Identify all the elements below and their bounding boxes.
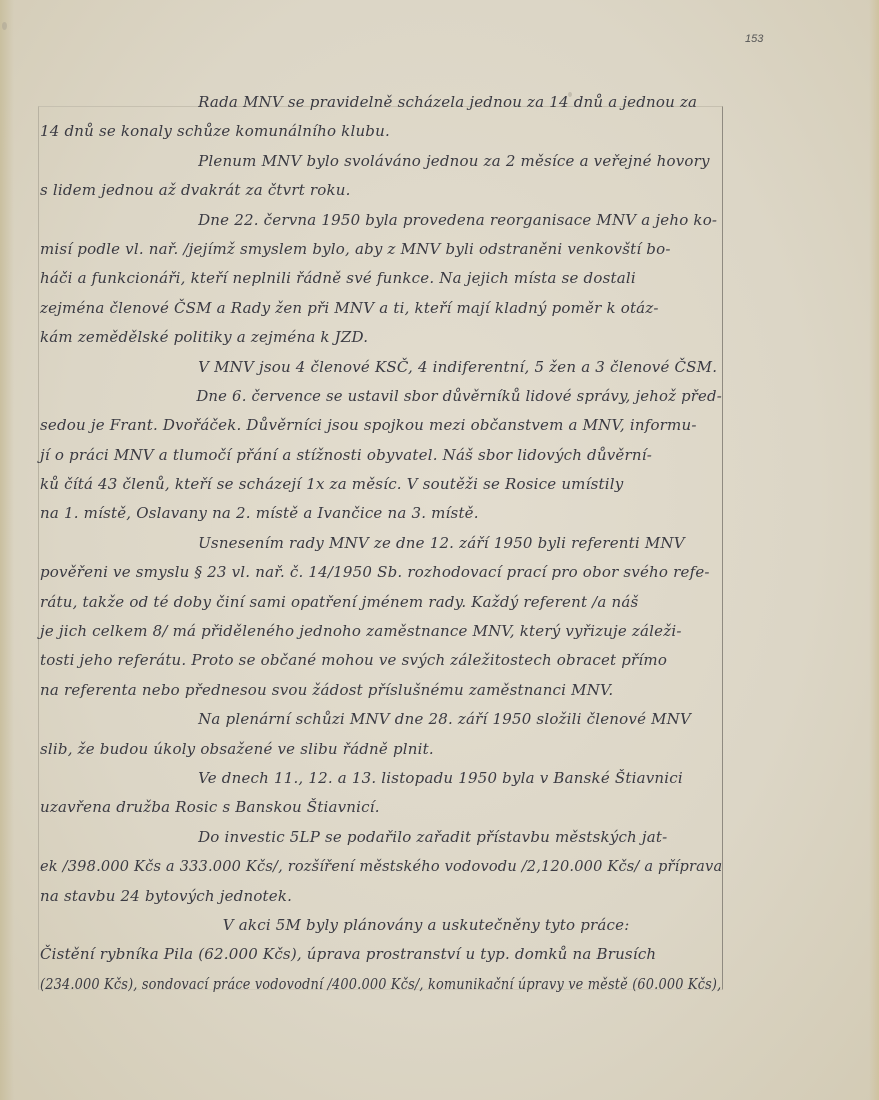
text-line: na 1. místě, Oslavany na 2. místě a Ivan… xyxy=(40,499,722,528)
text-line: Rada MNV se pravidelně scházela jednou z… xyxy=(40,88,722,117)
text-line: na referenta nebo přednesou svou žádost … xyxy=(40,676,722,705)
paper-speck xyxy=(2,22,7,30)
scanned-page: 153 Rada MNV se pravidelně scházela jedn… xyxy=(0,0,879,1100)
text-line: (234.000 Kčs), sondovací práce vodovodní… xyxy=(40,970,627,999)
text-line: Dne 6. července se ustavil sbor důvěrník… xyxy=(40,382,714,411)
text-line: je jich celkem 8/ má přiděleného jednoho… xyxy=(40,617,722,646)
text-line: Ve dnech 11., 12. a 13. listopadu 1950 b… xyxy=(40,764,722,793)
page-edge-shadow xyxy=(869,0,879,1100)
text-line: ek /398.000 Kčs a 333.000 Kčs/, rozšířen… xyxy=(40,852,701,881)
text-line: pověřeni ve smyslu § 23 vl. nař. č. 14/1… xyxy=(40,558,722,587)
handwritten-chronicle-text: Rada MNV se pravidelně scházela jednou z… xyxy=(40,88,730,999)
text-line: Usnesením rady MNV ze dne 12. září 1950 … xyxy=(40,529,722,558)
text-line: rátu, takže od té doby činí sami opatřen… xyxy=(40,588,722,617)
text-line: zejména členové ČSM a Rady žen při MNV a… xyxy=(40,294,722,323)
page-number: 153 xyxy=(745,33,763,45)
text-line: sedou je Frant. Dvořáček. Důvěrníci jsou… xyxy=(40,411,722,440)
text-line: háči a funkcionáři, kteří neplnili řádně… xyxy=(40,264,722,293)
text-line: kám zemědělské politiky a zejména k JZD. xyxy=(40,323,722,352)
text-line: Čistění rybníka Pila (62.000 Kčs), úprav… xyxy=(40,940,722,969)
text-line: 14 dnů se konaly schůze komunálního klub… xyxy=(40,117,722,146)
text-line: Na plenární schůzi MNV dne 28. září 1950… xyxy=(40,705,722,734)
text-line: uzavřena družba Rosic s Banskou Štiavnic… xyxy=(40,793,722,822)
text-line: Do investic 5LP se podařilo zařadit přís… xyxy=(40,823,722,852)
text-line: tosti jeho referátu. Proto se občané moh… xyxy=(40,646,722,675)
text-line: jí o práci MNV a tlumočí přání a stížnos… xyxy=(40,441,722,470)
text-line: V MNV jsou 4 členové KSČ, 4 indiferentní… xyxy=(40,353,722,382)
page-binding-shadow xyxy=(0,0,14,1100)
text-line: s lidem jednou až dvakrát za čtvrt roku. xyxy=(40,176,722,205)
text-line: ků čítá 43 členů, kteří se scházejí 1x z… xyxy=(40,470,722,499)
text-line: misí podle vl. nař. /jejímž smyslem bylo… xyxy=(40,235,722,264)
text-line: Dne 22. června 1950 byla provedena reorg… xyxy=(40,206,722,235)
text-line: Plenum MNV bylo svoláváno jednou za 2 mě… xyxy=(40,147,722,176)
text-line: na stavbu 24 bytových jednotek. xyxy=(40,882,722,911)
text-line: slib, že budou úkoly obsažené ve slibu ř… xyxy=(40,735,722,764)
text-line: V akci 5M byly plánovány a uskutečněny t… xyxy=(40,911,722,940)
